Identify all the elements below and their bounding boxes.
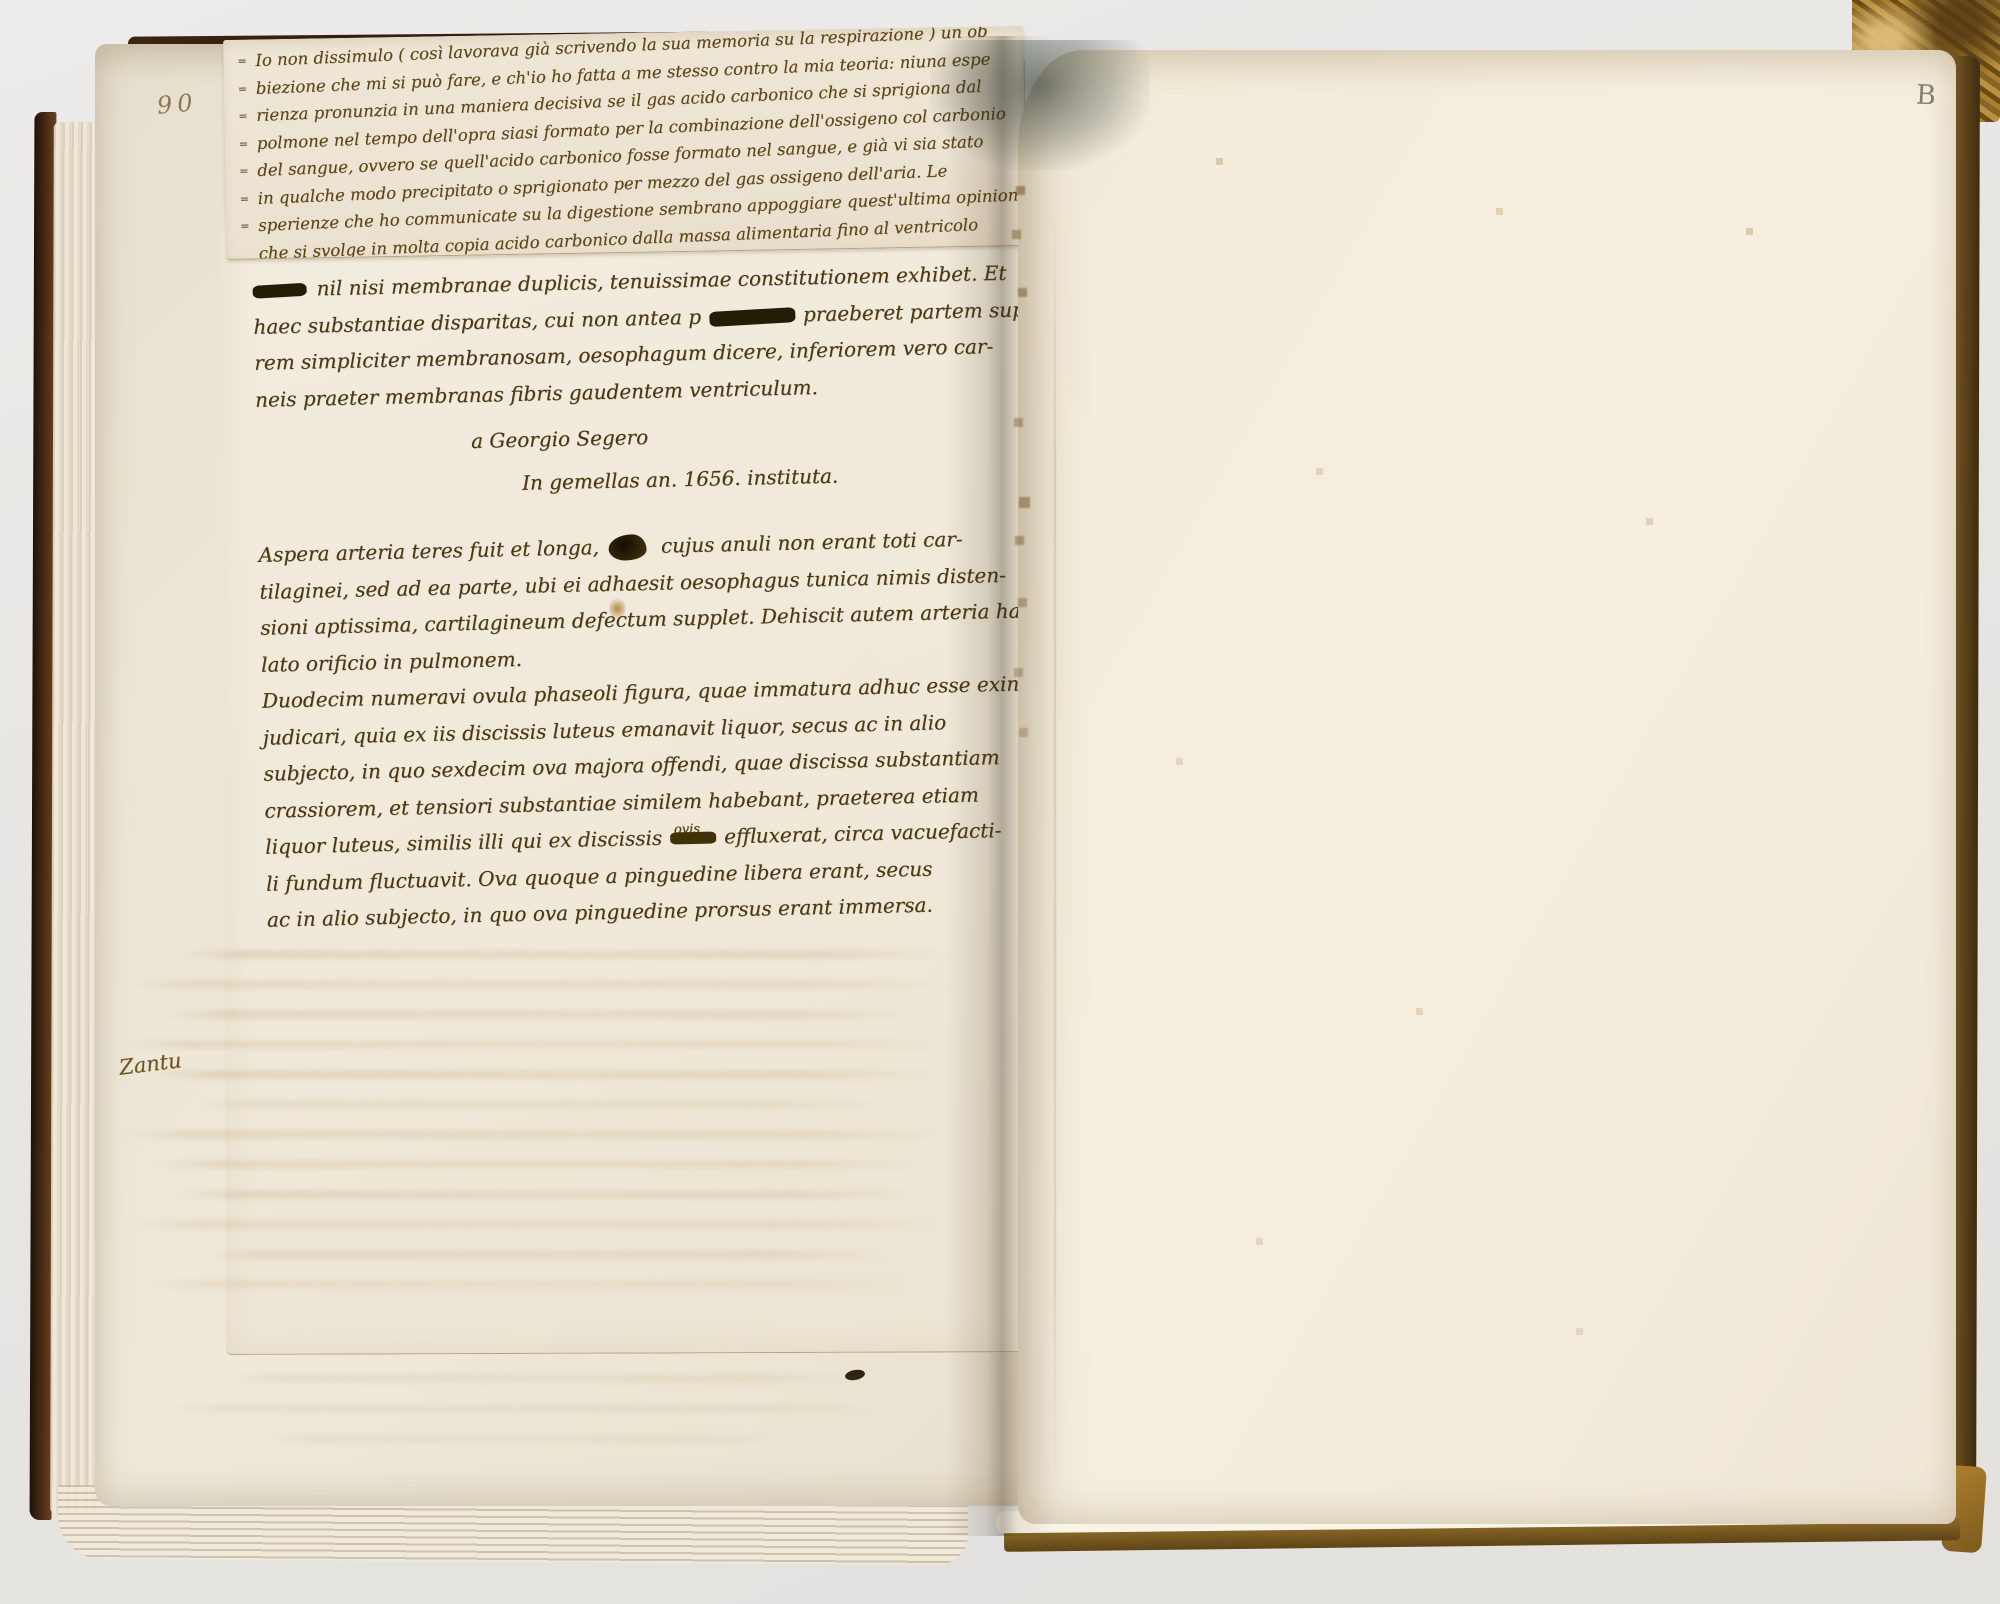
ghost-line (177, 950, 957, 959)
foxing-specks (1018, 50, 1021, 53)
ghost-line (267, 1434, 787, 1443)
manuscript-photo: 90 =Io non dissimulo ( così lavorava già… (0, 0, 2000, 1604)
show-through-text (107, 1374, 1007, 1464)
line-mark: = (237, 47, 256, 75)
ink-blot (609, 534, 648, 561)
ghost-line (227, 1374, 867, 1383)
line-mark (241, 256, 259, 257)
interlinear-insertion: ovis (674, 812, 701, 849)
line-mark: = (239, 157, 258, 185)
ghost-line (167, 1404, 887, 1413)
ink-redaction (252, 283, 307, 299)
right-page: B (1018, 50, 1956, 1524)
ink-bleed-marks (1014, 170, 1019, 175)
ghost-line (117, 1040, 962, 1049)
pasted-slip: =Io non dissimulo ( così lavorava già sc… (223, 26, 1027, 260)
folio-number: 90 (156, 88, 199, 119)
ghost-line (152, 1160, 942, 1169)
date-subheading: In gemellas an. 1656. instituta. (522, 452, 1076, 501)
latin-text-block: nil nisi membranae duplicis, tenuissimae… (252, 253, 1085, 938)
line-text: cujus anuli non erant toti car- (661, 527, 963, 558)
ghost-line (122, 1130, 957, 1139)
ghost-line (147, 1070, 947, 1079)
line-mark: = (237, 75, 256, 103)
line-text: liquor luteus, similis illi qui ex disci… (265, 826, 662, 859)
ink-redaction (709, 307, 796, 327)
dedication-heading: a Georgio Segero (471, 409, 1075, 459)
folio-letter: B (1915, 80, 1936, 112)
line-mark: = (239, 185, 258, 213)
line-text: Aspera arteria teres fuit et longa, (258, 535, 599, 567)
paper-fold-line (1054, 190, 1056, 1510)
ghost-line (207, 1250, 897, 1259)
line-text: effluxerat, circa vacuefacti- (724, 818, 1002, 848)
struck-word: ovis (670, 832, 716, 845)
ghost-line (162, 1010, 922, 1019)
ghost-line (197, 1100, 897, 1109)
ghost-line (177, 1190, 927, 1199)
ghost-line (147, 1280, 917, 1289)
line-mark: = (238, 130, 257, 158)
line-text: haec substantiae disparitas, cui non ant… (253, 304, 701, 338)
line-mark: = (238, 102, 257, 130)
show-through-text (107, 950, 1007, 1310)
ghost-line (132, 1220, 947, 1229)
left-page: 90 =Io non dissimulo ( così lavorava già… (95, 44, 1025, 1506)
line-mark: = (240, 212, 259, 240)
ghost-line (127, 980, 957, 989)
ink-smudge (609, 597, 625, 621)
